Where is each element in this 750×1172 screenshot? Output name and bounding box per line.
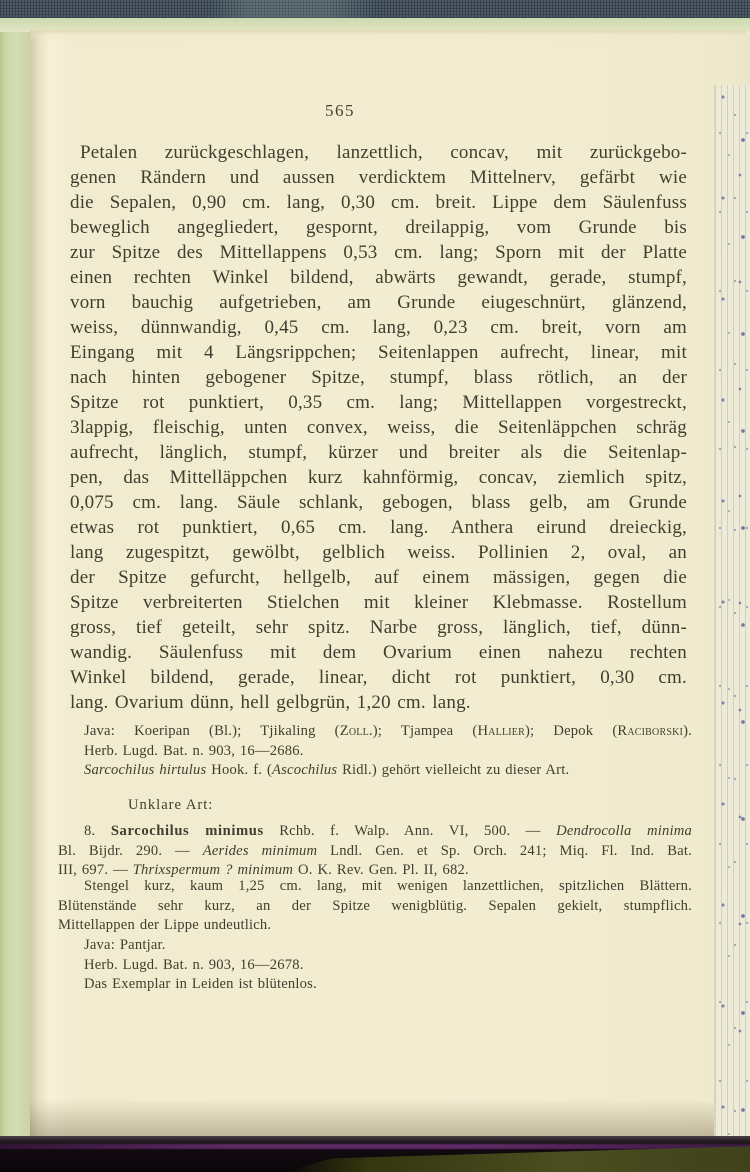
locality-notes: Java: Koeripan (Bl.); Tjikaling (Zoll.);… [58, 722, 692, 781]
text-segment: ); Depok ( [525, 723, 617, 739]
text-line: weiss, dünnwandig, 0,45 cm. lang, 0,23 c… [70, 315, 687, 340]
text-line: Stengel kurz, kaum 1,25 cm. lang, mit we… [58, 877, 692, 897]
text-line: vorn bauchig aufgetrieben, am Grunde eiu… [70, 290, 687, 315]
text-line: Sarcochilus hirtulus Hook. f. (Ascochilu… [58, 761, 692, 781]
book-cover-bottom-edge [0, 1136, 750, 1172]
text-line: zur Spitze des Mittellappens 0,53 cm. la… [70, 240, 687, 265]
text-line: der Spitze gefurcht, hellgelb, auf einem… [70, 565, 687, 590]
text-line: Herb. Lugd. Bat. n. 903, 16—2678. [58, 956, 692, 976]
text-line: Blütenstände sehr kurz, an der Spitze we… [58, 897, 692, 917]
text-line: lang zugespitzt, gewölbt, gelblich weiss… [70, 540, 687, 565]
text-segment: Zoll [340, 723, 369, 739]
text-segment: Sarcochilus hirtulus [84, 762, 206, 778]
text-segment: Java: Koeripan (Bl.); Tjikaling ( [84, 723, 340, 739]
text-line: Java: Koeripan (Bl.); Tjikaling (Zoll.);… [58, 722, 692, 742]
page-number: 565 [280, 101, 400, 121]
text-segment: ). [683, 723, 692, 739]
text-line: lang. Ovarium dünn, hell gelbgrün, 1,20 … [70, 690, 687, 715]
text-line: einen rechten Winkel bildend, abwärts ge… [70, 265, 687, 290]
text-line: Mittellappen der Lippe undeutlich. [58, 916, 692, 936]
text-line: pen, das Mittelläppchen kurz kahnförmig,… [70, 465, 687, 490]
text-segment: Aerides minimum [203, 843, 318, 859]
text-segment: O. K. Rev. Gen. Pl. II, 682. [293, 862, 469, 878]
text-line: 8. Sarcochilus minimus Rchb. f. Walp. An… [58, 822, 692, 842]
endpaper-left-edge [0, 0, 30, 1172]
text-segment: .); Tjampea ( [369, 723, 478, 739]
text-segment: III, 697. — [58, 862, 133, 878]
text-line: etwas rot punktiert, 0,65 cm. lang. Anth… [70, 515, 687, 540]
book-page-scan: 565 Petalen zurückgeschlagen, lanzettlic… [0, 0, 750, 1172]
text-line: 0,075 cm. lang. Säule schlank, gebogen, … [70, 490, 687, 515]
text-line: 3lappig, fleischig, unten convex, weiss,… [70, 415, 687, 440]
text-line: Herb. Lugd. Bat. n. 903, 16—2686. [58, 742, 692, 762]
species-entry: 8. Sarcochilus minimus Rchb. f. Walp. An… [58, 822, 692, 881]
text-line: Bl. Bijdr. 290. — Aerides minimum Lndl. … [58, 842, 692, 862]
section-heading: Unklare Art: [128, 797, 213, 814]
text-segment: Bl. Bijdr. 290. — [58, 843, 203, 859]
text-segment: Lndl. Gen. et Sp. Orch. 241; Miq. Fl. In… [317, 843, 692, 859]
text-line: Winkel bildend, gerade, linear, dicht ro… [70, 665, 687, 690]
species-localities: Java: Pantjar.Herb. Lugd. Bat. n. 903, 1… [58, 936, 692, 995]
text-line: Java: Pantjar. [58, 936, 692, 956]
text-segment: Dendrocolla minima [556, 823, 692, 839]
text-line: aufrecht, länglich, stumpf, kürzer und b… [70, 440, 687, 465]
bottom-olive-edge [285, 1136, 750, 1172]
text-segment: Ascochilus [272, 762, 337, 778]
page-fore-edge [714, 85, 750, 1138]
text-segment: Ridl.) gehört vielleicht zu dieser Art. [337, 762, 569, 778]
species-description: Stengel kurz, kaum 1,25 cm. lang, mit we… [58, 877, 692, 936]
text-segment: Hook. f. ( [206, 762, 272, 778]
text-line: gross, tief geteilt, sehr spitz. Narbe g… [70, 615, 687, 640]
main-paragraph: Petalen zurückgeschlagen, lanzettlich, c… [70, 140, 687, 715]
bottom-purple-edge [0, 1144, 750, 1149]
text-line: Spitze verbreiterten Stielchen mit klein… [70, 590, 687, 615]
book-cover-top-edge [0, 0, 750, 18]
text-line: Eingang mit 4 Längsrippchen; Seitenlappe… [70, 340, 687, 365]
text-line: Petalen zurückgeschlagen, lanzettlich, c… [70, 140, 687, 165]
text-segment: Rchb. f. Walp. Ann. VI, 500. — [264, 823, 556, 839]
book-page: 565 Petalen zurückgeschlagen, lanzettlic… [30, 30, 750, 1138]
text-line: die Sepalen, 0,90 cm. lang, 0,30 cm. bre… [70, 190, 687, 215]
text-segment: Hallier [477, 723, 525, 739]
text-segment: 8. [84, 823, 111, 839]
text-segment: Raciborski [617, 723, 683, 739]
text-segment: Sarcochilus minimus [111, 823, 264, 839]
text-line: Spitze rot punktiert, 0,35 cm. lang; Mit… [70, 390, 687, 415]
text-line: Das Exemplar in Leiden ist blütenlos. [58, 975, 692, 995]
text-line: beweglich angegliedert, gespornt, dreila… [70, 215, 687, 240]
text-segment: Thrixspermum ? minimum [133, 862, 293, 878]
text-line: nach hinten gebogener Spitze, stumpf, bl… [70, 365, 687, 390]
text-line: wandig. Säulenfuss mit dem Ovarium einen… [70, 640, 687, 665]
text-line: genen Rändern und aussen verdicktem Mitt… [70, 165, 687, 190]
